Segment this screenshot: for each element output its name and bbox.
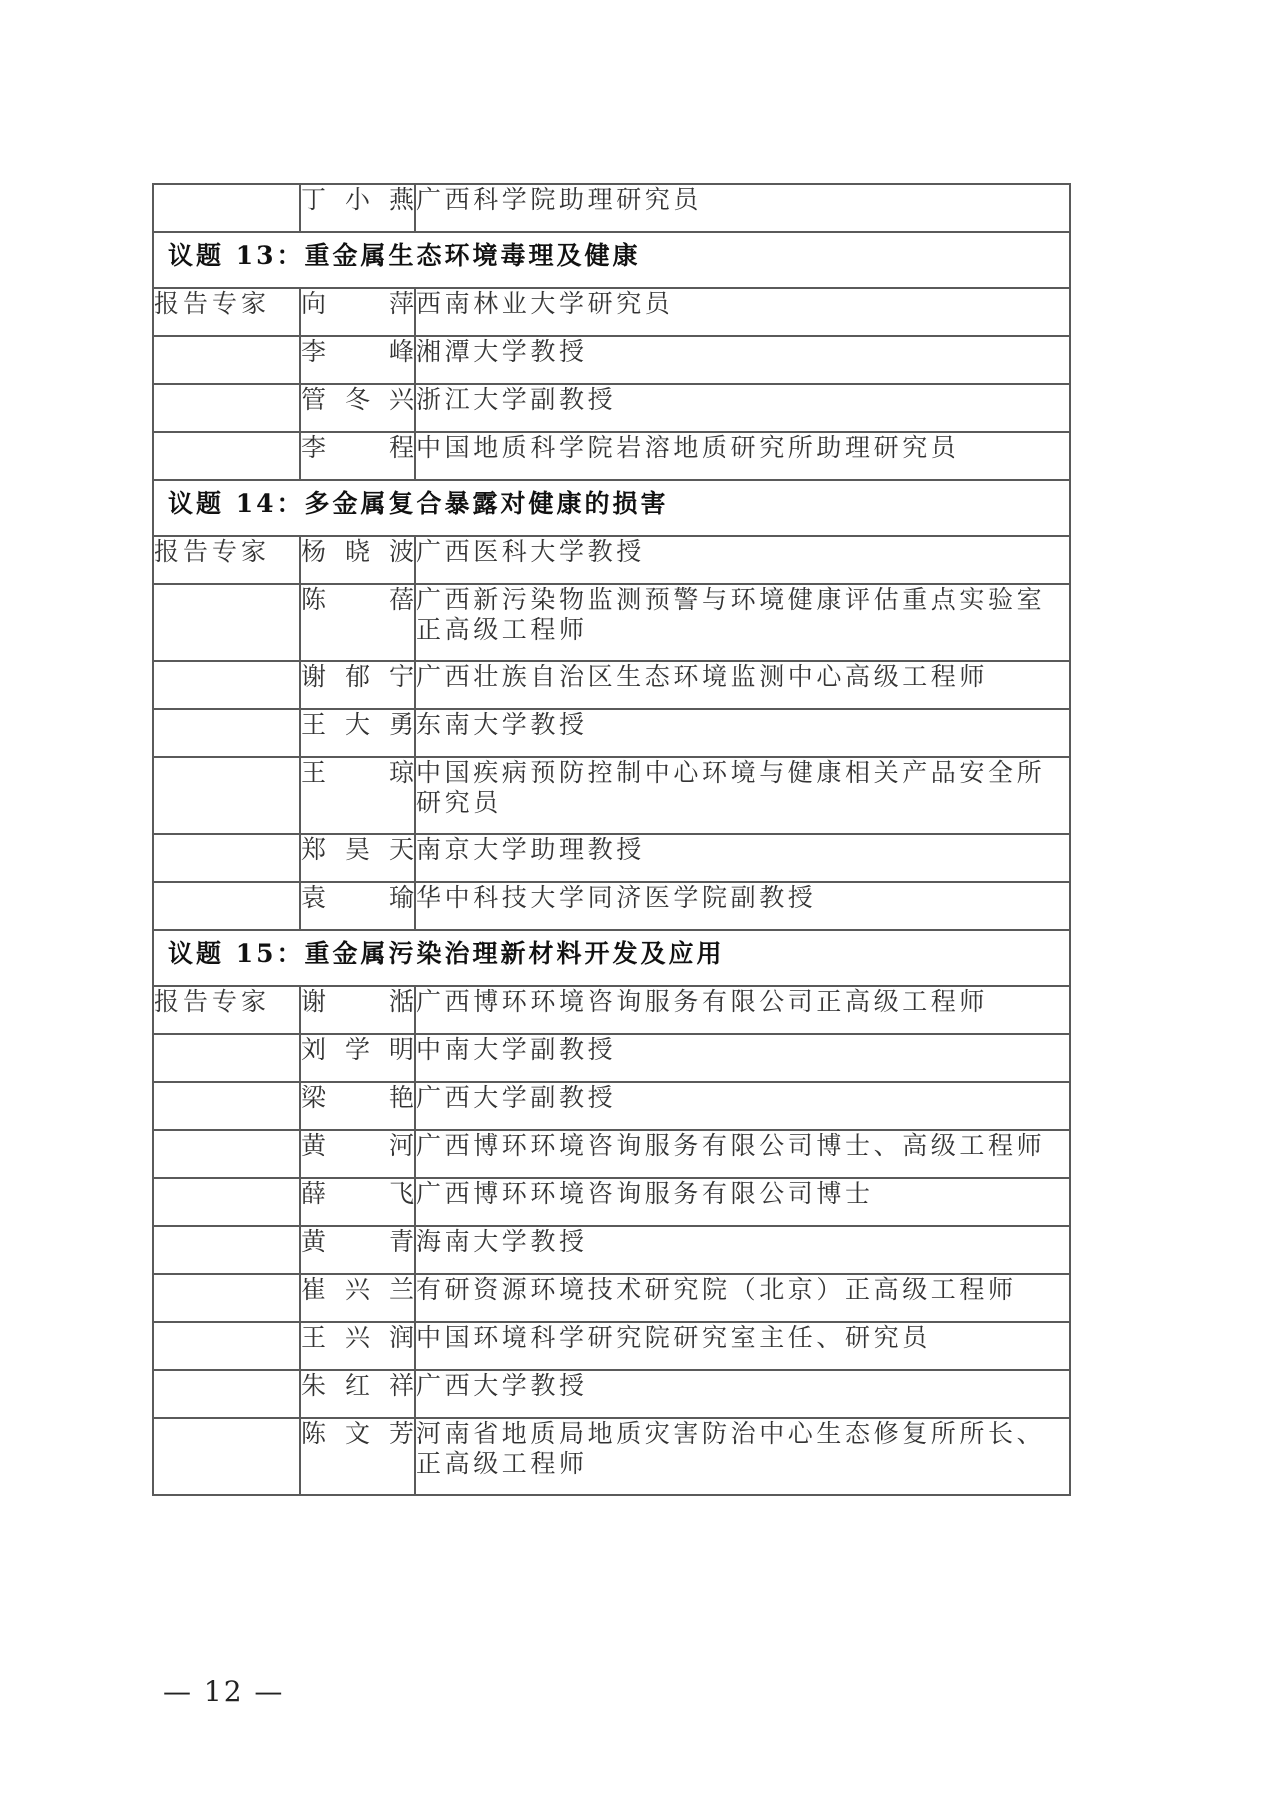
table-row: 薛飞 广西博环环境咨询服务有限公司博士 — [153, 1178, 1070, 1226]
name-cell: 王琼 — [300, 757, 415, 834]
role-cell — [153, 757, 300, 834]
org-cell: 河南省地质局地质灾害防治中心生态修复所所长、正高级工程师 — [415, 1418, 1070, 1495]
table-row: 陈文芳 河南省地质局地质灾害防治中心生态修复所所长、正高级工程师 — [153, 1418, 1070, 1495]
org-cell: 南京大学助理教授 — [415, 834, 1070, 882]
name-cell: 向萍 — [300, 288, 415, 336]
role-cell — [153, 1370, 300, 1418]
org-cell: 广西科学院助理研究员 — [415, 184, 1070, 232]
org-cell: 中国环境科学研究院研究室主任、研究员 — [415, 1322, 1070, 1370]
name-cell: 梁艳 — [300, 1082, 415, 1130]
expert-name: 朱红祥 — [301, 1371, 414, 1401]
table-row: 袁瑜 华中科技大学同济医学院副教授 — [153, 882, 1070, 930]
org-cell: 海南大学教授 — [415, 1226, 1070, 1274]
name-cell: 刘学明 — [300, 1034, 415, 1082]
name-cell: 黄青 — [300, 1226, 415, 1274]
table-row: 王琼 中国疾病预防控制中心环境与健康相关产品安全所研究员 — [153, 757, 1070, 834]
table-row: 崔兴兰 有研资源环境技术研究院（北京）正高级工程师 — [153, 1274, 1070, 1322]
expert-name: 陈蓓 — [301, 585, 414, 615]
name-cell: 郑昊天 — [300, 834, 415, 882]
org-cell: 广西大学教授 — [415, 1370, 1070, 1418]
org-cell: 广西壮族自治区生态环境监测中心高级工程师 — [415, 661, 1070, 709]
expert-name: 王兴润 — [301, 1323, 414, 1353]
table-row: 报告专家 杨晓波 广西医科大学教授 — [153, 536, 1070, 584]
role-cell — [153, 384, 300, 432]
role-cell — [153, 184, 300, 232]
role-cell — [153, 1034, 300, 1082]
topic-header-row: 议题 15：重金属污染治理新材料开发及应用 — [153, 930, 1070, 986]
role-cell — [153, 1130, 300, 1178]
org-cell: 东南大学教授 — [415, 709, 1070, 757]
table-row: 陈蓓 广西新污染物监测预警与环境健康评估重点实验室正高级工程师 — [153, 584, 1070, 661]
role-cell — [153, 661, 300, 709]
expert-name: 杨晓波 — [301, 537, 414, 567]
table-row: 黄青 海南大学教授 — [153, 1226, 1070, 1274]
name-cell: 李程 — [300, 432, 415, 480]
table-row: 刘学明 中南大学副教授 — [153, 1034, 1070, 1082]
topic-header-row: 议题 13：重金属生态环境毒理及健康 — [153, 232, 1070, 288]
role-cell — [153, 432, 300, 480]
table-row: 王兴润 中国环境科学研究院研究室主任、研究员 — [153, 1322, 1070, 1370]
org-cell: 西南林业大学研究员 — [415, 288, 1070, 336]
expert-roster-table: 丁小燕 广西科学院助理研究员 议题 13：重金属生态环境毒理及健康 报告专家 向… — [152, 183, 1071, 1496]
role-cell: 报告专家 — [153, 288, 300, 336]
table-row: 郑昊天 南京大学助理教授 — [153, 834, 1070, 882]
expert-name: 黄河 — [301, 1131, 414, 1161]
role-cell — [153, 336, 300, 384]
table-row: 李程 中国地质科学院岩溶地质研究所助理研究员 — [153, 432, 1070, 480]
name-cell: 崔兴兰 — [300, 1274, 415, 1322]
org-cell: 中国疾病预防控制中心环境与健康相关产品安全所研究员 — [415, 757, 1070, 834]
topic-title: 议题 13：重金属生态环境毒理及健康 — [153, 232, 1070, 288]
name-cell: 王大勇 — [300, 709, 415, 757]
role-cell — [153, 1082, 300, 1130]
expert-name: 崔兴兰 — [301, 1275, 414, 1305]
expert-name: 郑昊天 — [301, 835, 414, 865]
name-cell: 薛飞 — [300, 1178, 415, 1226]
org-cell: 中南大学副教授 — [415, 1034, 1070, 1082]
table-row: 王大勇 东南大学教授 — [153, 709, 1070, 757]
table-row: 报告专家 向萍 西南林业大学研究员 — [153, 288, 1070, 336]
name-cell: 丁小燕 — [300, 184, 415, 232]
expert-name: 梁艳 — [301, 1083, 414, 1113]
name-cell: 黄河 — [300, 1130, 415, 1178]
name-cell: 陈蓓 — [300, 584, 415, 661]
role-cell — [153, 1226, 300, 1274]
role-cell — [153, 1274, 300, 1322]
table-row: 梁艳 广西大学副教授 — [153, 1082, 1070, 1130]
role-cell — [153, 834, 300, 882]
role-cell — [153, 1322, 300, 1370]
name-cell: 袁瑜 — [300, 882, 415, 930]
expert-name: 丁小燕 — [301, 185, 414, 215]
org-cell: 浙江大学副教授 — [415, 384, 1070, 432]
name-cell: 管冬兴 — [300, 384, 415, 432]
role-cell — [153, 709, 300, 757]
role-cell: 报告专家 — [153, 536, 300, 584]
org-cell: 中国地质科学院岩溶地质研究所助理研究员 — [415, 432, 1070, 480]
expert-name: 李峰 — [301, 337, 414, 367]
page-number: — 12 — — [163, 1675, 284, 1708]
document-page: 丁小燕 广西科学院助理研究员 议题 13：重金属生态环境毒理及健康 报告专家 向… — [0, 0, 1280, 1810]
table-row: 丁小燕 广西科学院助理研究员 — [153, 184, 1070, 232]
org-cell: 广西新污染物监测预警与环境健康评估重点实验室正高级工程师 — [415, 584, 1070, 661]
role-cell — [153, 1418, 300, 1495]
topic-title: 议题 14：多金属复合暴露对健康的损害 — [153, 480, 1070, 536]
org-cell: 广西博环环境咨询服务有限公司正高级工程师 — [415, 986, 1070, 1034]
org-cell: 湘潭大学教授 — [415, 336, 1070, 384]
table-row: 李峰 湘潭大学教授 — [153, 336, 1070, 384]
role-cell: 报告专家 — [153, 986, 300, 1034]
expert-name: 袁瑜 — [301, 883, 414, 913]
name-cell: 王兴润 — [300, 1322, 415, 1370]
expert-name: 刘学明 — [301, 1035, 414, 1065]
expert-name: 薛飞 — [301, 1179, 414, 1209]
topic-header-row: 议题 14：多金属复合暴露对健康的损害 — [153, 480, 1070, 536]
expert-name: 李程 — [301, 433, 414, 463]
role-cell — [153, 584, 300, 661]
role-cell — [153, 882, 300, 930]
expert-name: 王大勇 — [301, 710, 414, 740]
name-cell: 朱红祥 — [300, 1370, 415, 1418]
name-cell: 谢郁宁 — [300, 661, 415, 709]
org-cell: 广西博环环境咨询服务有限公司博士、高级工程师 — [415, 1130, 1070, 1178]
role-cell — [153, 1178, 300, 1226]
name-cell: 陈文芳 — [300, 1418, 415, 1495]
expert-name: 管冬兴 — [301, 385, 414, 415]
topic-title: 议题 15：重金属污染治理新材料开发及应用 — [153, 930, 1070, 986]
org-cell: 广西博环环境咨询服务有限公司博士 — [415, 1178, 1070, 1226]
expert-name: 谢郁宁 — [301, 662, 414, 692]
expert-name: 谢湉 — [301, 987, 414, 1017]
table-row: 谢郁宁 广西壮族自治区生态环境监测中心高级工程师 — [153, 661, 1070, 709]
org-cell: 广西大学副教授 — [415, 1082, 1070, 1130]
table-row: 管冬兴 浙江大学副教授 — [153, 384, 1070, 432]
table-row: 报告专家 谢湉 广西博环环境咨询服务有限公司正高级工程师 — [153, 986, 1070, 1034]
name-cell: 谢湉 — [300, 986, 415, 1034]
org-cell: 华中科技大学同济医学院副教授 — [415, 882, 1070, 930]
table-row: 黄河 广西博环环境咨询服务有限公司博士、高级工程师 — [153, 1130, 1070, 1178]
name-cell: 李峰 — [300, 336, 415, 384]
org-cell: 广西医科大学教授 — [415, 536, 1070, 584]
expert-name: 黄青 — [301, 1227, 414, 1257]
expert-name: 向萍 — [301, 289, 414, 319]
table-row: 朱红祥 广西大学教授 — [153, 1370, 1070, 1418]
expert-name: 王琼 — [301, 758, 414, 788]
expert-name: 陈文芳 — [301, 1419, 414, 1449]
name-cell: 杨晓波 — [300, 536, 415, 584]
org-cell: 有研资源环境技术研究院（北京）正高级工程师 — [415, 1274, 1070, 1322]
